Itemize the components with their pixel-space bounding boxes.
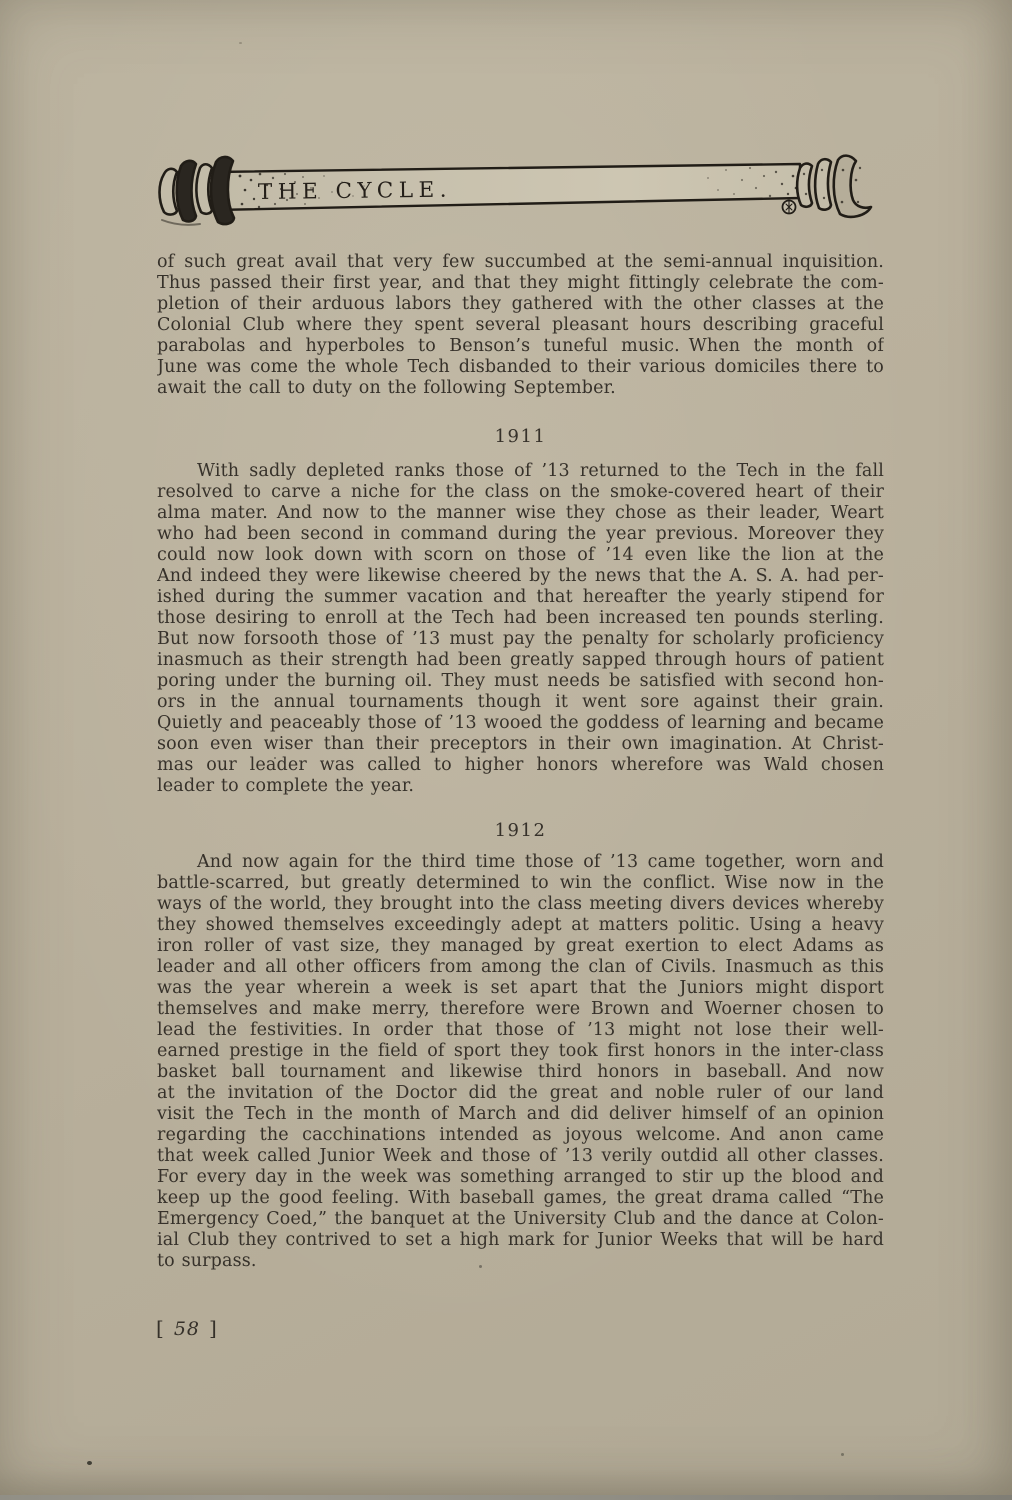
text-line: mas our leader was called to higher hono… (157, 755, 884, 776)
text-line: to surpass. (157, 1251, 884, 1272)
folio-close-bracket: ] (209, 1316, 218, 1340)
text-line: And now again for the third time those o… (157, 852, 884, 873)
text-line: inasmuch as their strength had been grea… (157, 650, 884, 671)
text-line: poring under the burning oil. They must … (157, 671, 884, 692)
text-line: parabolas and hyperboles to Benson’s tun… (157, 336, 884, 357)
page-number: [58] (156, 1315, 218, 1342)
text-line: earned prestige in the field of sport th… (157, 1041, 884, 1062)
text-line: could now look down with scorn on those … (157, 545, 884, 566)
text-line: Thus passed their first year, and that t… (157, 273, 884, 294)
paragraph-1912: And now again for the third time those o… (157, 852, 884, 1272)
text-line: For every day in the week was something … (157, 1167, 884, 1188)
banner-left-ruffle (160, 169, 178, 215)
text-line: ways of the world, they brought into the… (157, 894, 884, 915)
text-line: that week called Junior Week and those o… (157, 1146, 884, 1167)
text-line: was the year wherein a week is set apart… (157, 978, 884, 999)
text-line: who had been second in command during th… (157, 524, 884, 545)
text-line: await the call to duty on the following … (157, 378, 884, 399)
section-heading-1911: 1911 (157, 426, 884, 447)
paper-speck (87, 1461, 92, 1465)
banner-right-ruffle (797, 164, 812, 207)
folio-open-bracket: [ (156, 1316, 165, 1340)
folio-number: 58 (174, 1318, 200, 1340)
text-line: June was come the whole Tech disbanded t… (157, 357, 884, 378)
text-line: And indeed they were likewise cheered by… (157, 566, 884, 587)
text-line: keep up the good feeling. With baseball … (157, 1188, 884, 1209)
text-line: But now forsooth those of ’13 must pay t… (157, 629, 884, 650)
paper-speck (479, 1265, 482, 1268)
section-heading-1912: 1912 (157, 820, 884, 841)
text-line: Emergency Coed,” the banquet at the Univ… (157, 1209, 884, 1230)
text-line: ors in the annual tournaments though it … (157, 692, 884, 713)
text-line: themselves and make merry, therefore wer… (157, 999, 884, 1020)
text-line: iron roller of vast size, they managed b… (157, 936, 884, 957)
text-line: With sadly depleted ranks those of ’13 r… (157, 461, 884, 482)
text-line: of such great avail that very few succum… (157, 252, 884, 273)
scanned-book-page: THE CYCLE. of such great avail that very… (0, 0, 1012, 1500)
text-line: ished during the summer vacation and tha… (157, 587, 884, 608)
text-line: soon even wiser than their preceptors in… (157, 734, 884, 755)
text-line: at the invitation of the Doctor did the … (157, 1083, 884, 1104)
text-line: ial Club they contrived to set a high ma… (157, 1230, 884, 1251)
paragraph-intro: of such great avail that very few succum… (157, 252, 884, 399)
paper-speck (841, 1453, 844, 1456)
banner-flower-ornament (783, 201, 796, 214)
text-line: Quietly and peaceably those of ’13 wooed… (157, 713, 884, 734)
text-line: battle-scarred, but greatly determined t… (157, 873, 884, 894)
paper-speck (274, 757, 276, 759)
scan-bottom-shadow (0, 1469, 1012, 1495)
banner-title: THE CYCLE. (258, 178, 452, 205)
scan-bottom-edge (0, 1495, 1012, 1500)
paper-speck (239, 42, 242, 44)
text-line: Colonial Club where they spent several p… (157, 315, 884, 336)
cycle-banner-illustration: THE CYCLE. (148, 152, 892, 230)
text-line: those desiring to enroll at the Tech had… (157, 608, 884, 629)
text-line: lead the festivities. In order that thos… (157, 1020, 884, 1041)
text-line: leader to complete the year. (157, 776, 884, 797)
text-line: alma mater. And now to the manner wise t… (157, 503, 884, 524)
paragraph-1911: With sadly depleted ranks those of ’13 r… (157, 461, 884, 797)
text-line: leader and all other officers from among… (157, 957, 884, 978)
text-line: pletion of their arduous labors they gat… (157, 294, 884, 315)
text-line: basket ball tournament and likewise thir… (157, 1062, 884, 1083)
text-line: resolved to carve a niche for the class … (157, 482, 884, 503)
text-line: regarding the cacchinations intended as … (157, 1125, 884, 1146)
text-line: they showed themselves exceedingly adept… (157, 915, 884, 936)
text-line: visit the Tech in the month of March and… (157, 1104, 884, 1125)
